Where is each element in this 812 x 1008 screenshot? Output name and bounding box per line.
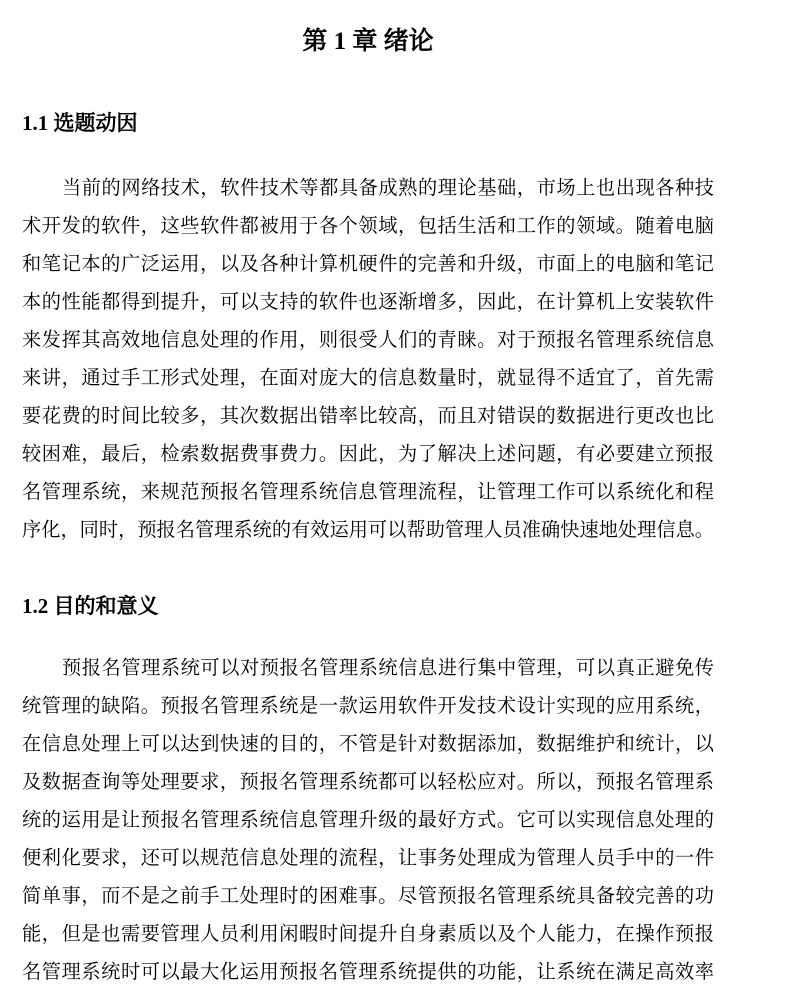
chapter-title: 第 1 章 绪论: [0, 22, 736, 62]
paragraph-line: 名管理系统，来规范预报名管理系统信息管理流程，让管理工作可以系统化和程: [22, 473, 714, 511]
paragraph-line: 预报名管理系统可以对预报名管理系统信息进行集中管理，可以真正避免传: [22, 649, 714, 687]
paragraph-line: 名管理系统时可以最大化运用预报名管理系统提供的功能，让系统在满足高效率: [22, 953, 714, 991]
paragraph-line: 和笔记本的广泛运用，以及各种计算机硬件的完善和升级，市面上的电脑和笔记: [22, 245, 714, 283]
section-heading-1-2: 1.2 目的和意义: [22, 591, 159, 621]
paragraph-line: 在信息处理上可以达到快速的目的，不管是针对数据添加，数据维护和统计，以: [22, 725, 714, 763]
paragraph-line: 便利化要求，还可以规范信息处理的流程，让事务处理成为管理人员手中的一件: [22, 839, 714, 877]
paragraph-line: 来发挥其高效地信息处理的作用，则很受人们的青睐。对于预报名管理系统信息: [22, 321, 714, 359]
section-1-1-paragraph: 当前的网络技术，软件技术等都具备成熟的理论基础，市场上也出现各种技 术开发的软件…: [22, 169, 714, 549]
document-page: 第 1 章 绪论 1.1 选题动因 当前的网络技术，软件技术等都具备成熟的理论基…: [0, 0, 812, 1008]
paragraph-line: 要花费的时间比较多，其次数据出错率比较高，而且对错误的数据进行更改也比: [22, 397, 714, 435]
paragraph-line: 能，但是也需要管理人员利用闲暇时间提升自身素质以及个人能力，在操作预报: [22, 915, 714, 953]
paragraph-line: 统的运用是让预报名管理系统信息管理升级的最好方式。它可以实现信息处理的: [22, 801, 714, 839]
section-1-2-paragraph: 预报名管理系统可以对预报名管理系统信息进行集中管理，可以真正避免传 统管理的缺陷…: [22, 649, 714, 991]
paragraph-line: 来讲，通过手工形式处理，在面对庞大的信息数量时，就显得不适宜了，首先需: [22, 359, 714, 397]
paragraph-line: 本的性能都得到提升，可以支持的软件也逐渐增多，因此，在计算机上安装软件: [22, 283, 714, 321]
paragraph-line: 术开发的软件，这些软件都被用于各个领域，包括生活和工作的领域。随着电脑: [22, 207, 714, 245]
paragraph-line: 当前的网络技术，软件技术等都具备成熟的理论基础，市场上也出现各种技: [22, 169, 714, 207]
paragraph-line: 序化，同时，预报名管理系统的有效运用可以帮助管理人员准确快速地处理信息。: [22, 511, 714, 549]
section-heading-1-1: 1.1 选题动因: [22, 108, 138, 138]
paragraph-line: 及数据查询等处理要求，预报名管理系统都可以轻松应对。所以，预报名管理系: [22, 763, 714, 801]
paragraph-line: 较困难，最后，检索数据费事费力。因此，为了解决上述问题，有必要建立预报: [22, 435, 714, 473]
paragraph-line: 统管理的缺陷。预报名管理系统是一款运用软件开发技术设计实现的应用系统，: [22, 687, 714, 725]
paragraph-line: 简单事，而不是之前手工处理时的困难事。尽管预报名管理系统具备较完善的功: [22, 877, 714, 915]
